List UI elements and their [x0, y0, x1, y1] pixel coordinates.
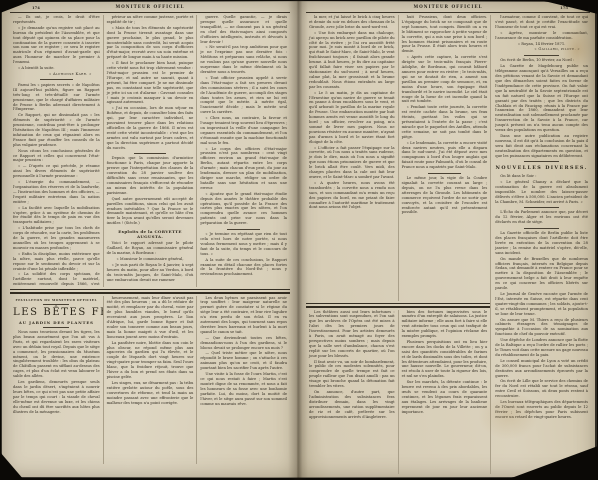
- paragraph: « J'ai eu occasion, lors de mon séjour e…: [107, 106, 194, 150]
- header-rule-right: [306, 12, 590, 13]
- paragraph: On lit dans le Soir :: [495, 174, 588, 179]
- paragraph: « Enfin la discipline, moins extérieure …: [13, 252, 100, 272]
- paragraph: « L'habitude prise par tous les chefs de…: [13, 226, 100, 251]
- page-number-left: 174: [32, 5, 40, 10]
- newspaper-page-left: 174 MONITEUR OFFICIEL — Ils ont, je croi…: [1, 1, 297, 478]
- paragraph: « Tout officier prussien appelé à servir…: [200, 76, 287, 115]
- paragraph: « Ne serait-il pas trop ambitieux pour q…: [200, 45, 287, 74]
- running-title-left: MONITEUR OFFICIEL: [116, 4, 185, 9]
- paragraph: « Chez nous, au contraire, la faveur et …: [200, 116, 287, 145]
- feuilleton-column-1: FEUILLETON DU MONITEUR OFFICIEL LES BÊTE…: [10, 296, 103, 464]
- paragraph: « Pendant toute cette journée, la corvet…: [402, 105, 488, 139]
- paragraph: « Ajoutez que le grand état-major étudie…: [200, 192, 287, 226]
- paragraph: « La facilité avec laquelle la mobilisat…: [13, 206, 100, 226]
- paragraph: Le conseil municipal de Lyon a voté un c…: [495, 359, 588, 379]
- scanned-newspaper-spread: 174 MONITEUR OFFICIEL — Ils ont, je croi…: [0, 0, 598, 480]
- signature: « Alphonse Karr. »: [13, 72, 92, 77]
- paragraph: A la suite de ces conclusions, le Rappor…: [200, 258, 287, 278]
- feuilleton-section: FEUILLETON DU MONITEUR OFFICIEL LES BÊTE…: [10, 296, 290, 464]
- left-page-articles: — Ils ont, je crois, le droit d'être rep…: [10, 15, 290, 287]
- paragraph: Les deux hyènes ne paraissent pas avoir …: [200, 296, 287, 335]
- paragraph: On mande de Bruxelles que de nombreux of…: [495, 257, 588, 291]
- paragraph: périeur au nôtre comme justesse, portée …: [107, 15, 194, 25]
- paragraph: « Après cette capture, la corvette s'est…: [402, 55, 488, 104]
- paragraph: Depuis que la commission d'armistice fon…: [107, 156, 194, 195]
- paragraph: — Que deviendront toutes ces bêtes, dema…: [200, 336, 287, 351]
- paragraph: Les singes, eux, ne désarment pas : la t…: [107, 381, 194, 406]
- paragraph: « Je suis parti de Royan le 4 janvier, à…: [107, 263, 194, 283]
- left-column-3: guerre. Quelle garantie, — je dirais pre…: [196, 15, 290, 287]
- paragraph: « Royan, 14 février 1871.: [495, 42, 588, 47]
- paragraph: « L'officier a fait passer l'équipage su…: [309, 146, 395, 180]
- paragraph: Une dépêche de Londres annonce que la fl…: [495, 338, 588, 358]
- paragraph: « Le général Chanzy a déclaré que la con…: [495, 180, 588, 205]
- paragraph: On assure que M. Thiers a reçu de plusie…: [495, 318, 588, 338]
- paragraph: — Quel triste métier que le nôtre, nous …: [200, 351, 287, 371]
- paragraph: Nous nous trouvions devant les tigres, l…: [13, 330, 100, 379]
- paragraph: « — D'après ce qui précède, je résume ai…: [13, 164, 100, 179]
- feuilleton-column-3: Les deux hyènes ne paraissent pas avoir …: [196, 296, 290, 464]
- separator-rule: [524, 207, 559, 208]
- right-top-section: la mer, et j'ai laissé le brick à cinq h…: [306, 15, 490, 301]
- right-section-rule: [306, 303, 490, 308]
- paragraph: Plusieurs perquisitions ont eu lieu hier…: [402, 340, 488, 379]
- feuilleton-rubric: FEUILLETON DU MONITEUR OFFICIEL: [13, 298, 100, 302]
- right-page-content: MONITEUR OFFICIEL 175 la mer, et j'ai la…: [306, 4, 590, 474]
- article-heading: Exploits de la CORVETTE AUGUSTA.: [107, 229, 194, 239]
- paragraph: Parmi les « papiers secrets » de Napoléo…: [13, 83, 100, 112]
- paragraph: Le même jour, la vigie de la Coubre sign…: [402, 176, 488, 215]
- paragraph: On annonce, d'autre part, que l'administ…: [309, 390, 395, 419]
- left-page-header: 174 MONITEUR OFFICIEL: [10, 4, 290, 11]
- separator-rule: [227, 229, 260, 230]
- paragraph: « Je termine en répétant que rien de tou…: [200, 232, 287, 257]
- paragraph: Quel autre gouvernement eût accepté de p…: [107, 197, 194, 226]
- right-bottom-column-2: bien des fortunes improvisées sous le nu…: [398, 310, 491, 475]
- paragraph: — Ils ont, je crois, le droit d'être rep…: [13, 15, 100, 25]
- paragraph: « Je demande qu'un registre soit placé a…: [13, 26, 100, 65]
- paragraph: Il faut avoir vu, un soir de bombardemen…: [309, 360, 395, 389]
- right-column-1: la mer, et j'ai laissé le brick à cinq h…: [306, 15, 398, 301]
- left-page-content: 174 MONITEUR OFFICIEL — Ils ont, je croi…: [10, 4, 290, 474]
- paragraph: « Le 5 au matin, je dis au capitaine de …: [309, 91, 395, 145]
- paragraph: « Agréez, monsieur le commandant, l'assu…: [495, 31, 588, 41]
- paragraph: « A bientôt la suite.: [13, 66, 100, 71]
- right-column-3: l'armateur, comme il convient, de tout c…: [490, 15, 590, 474]
- paragraph: L'Écho du Parlement annonce que, par déc…: [495, 210, 588, 225]
- feuilleton-title-rule: [43, 327, 69, 328]
- paragraph: « L'énergie du commandement, — l'organis…: [13, 180, 100, 205]
- paragraph: « Il faut le proclamer bien haut, puisqu…: [107, 61, 194, 105]
- feuilleton-column-2: heureusement, mais leur dîner n'avait pa…: [103, 296, 197, 464]
- paragraph: Le Journal de Genève raconte que l'armée…: [495, 292, 588, 317]
- paragraph: On écrit de Lille que le service des che…: [495, 379, 588, 399]
- newspaper-page-right: MONITEUR OFFICIEL 175 la mer, et j'ai la…: [297, 1, 597, 478]
- feuilleton-text-1: Nous nous trouvions devant les tigres, l…: [13, 330, 100, 414]
- right-column-2: huit Prussiens, dont deux officiers. L'é…: [398, 15, 491, 301]
- paragraph: Nous citons les conclusions générales de…: [13, 149, 100, 164]
- separator-rule: [40, 79, 73, 80]
- header-rule-left: [10, 12, 290, 13]
- right-main-area: la mer, et j'ai laissé le brick à cinq h…: [306, 15, 490, 474]
- paragraph: On écrit de Berlin, 10 février, au Nord …: [495, 58, 588, 63]
- running-title-right: MONITEUR OFFICIEL: [414, 4, 483, 9]
- paragraph: « Une fois embarqué dans ma chaloupe, j'…: [309, 31, 395, 90]
- paragraph: Voici le rapport adressé par le pilote G…: [107, 241, 194, 256]
- signature: « Gaillard, pilote. »: [495, 47, 580, 52]
- feuilleton-title: LES BÊTES FÉROCES: [13, 307, 100, 318]
- feuilleton-rule: [10, 289, 290, 294]
- paragraph: Sur les marchés, la détente continue : l…: [402, 380, 488, 414]
- paragraph: « Le lendemain, la corvette a encore vis…: [402, 141, 488, 170]
- paragraph: « Mais de tous les éléments de supériori…: [107, 26, 194, 60]
- paragraph: Une visite à la fosse de l'ours Martin, …: [200, 372, 287, 406]
- paragraph: Les gardiens, demeurés presque seuls dan…: [13, 380, 100, 414]
- paragraph: « La solidité des corps spéciaux, de l'a…: [13, 272, 100, 287]
- paragraph: « Monsieur le commissaire général,: [107, 257, 194, 262]
- feuilleton-subtitle: AU JARDIN DES PLANTES: [13, 320, 100, 325]
- left-column-2: périeur au nôtre comme justesse, portée …: [103, 15, 197, 287]
- separator-rule: [524, 228, 559, 229]
- separator-rule: [428, 173, 461, 174]
- paragraph: La Gazette officielle de Berlin publie l…: [495, 231, 588, 256]
- paragraph: guerre. Quelle garantie, — je dirais pre…: [200, 15, 287, 44]
- paragraph: Ce Rapport, qui ne dissimulait pas « les…: [13, 113, 100, 147]
- paragraph: bien des fortunes improvisées sous le nu…: [402, 310, 488, 339]
- paragraph: « Le corps des officiers d'état-major pr…: [200, 147, 287, 191]
- paragraph: Dans une autre publication au registre n…: [495, 134, 588, 159]
- left-column-1: — Ils ont, je crois, le droit d'être rep…: [10, 15, 103, 287]
- right-bottom-section: Les théâtres aussi ont leurs infortunes …: [306, 310, 490, 475]
- paragraph: La Gazette de Magdebourg publie un télég…: [495, 64, 588, 133]
- paragraph: huit Prussiens, dont deux officiers. L'é…: [402, 15, 488, 54]
- separator-rule: [524, 55, 559, 56]
- right-page-header: MONITEUR OFFICIEL 175: [306, 4, 590, 11]
- separator-rule: [134, 153, 167, 154]
- right-page-articles: la mer, et j'ai laissé le brick à cinq h…: [306, 15, 590, 474]
- right-bottom-column-1: Les théâtres aussi ont leurs infortunes …: [306, 310, 398, 475]
- paragraph: heureusement, mais leur dîner n'avait pa…: [107, 296, 194, 340]
- paragraph: l'armateur, comme il convient, de tout c…: [495, 15, 588, 30]
- paragraph: « A quatre heures, nous avons été transb…: [309, 181, 395, 210]
- paragraph: La panthère noire, blottie dans son coin…: [107, 341, 194, 380]
- article-heading: NOUVELLES DIVERSES.: [495, 165, 588, 171]
- separator-rule: [524, 161, 559, 162]
- paragraph: Les bureaux télégraphiques des départeme…: [495, 400, 588, 420]
- paragraph: Les théâtres aussi ont leurs infortunes …: [309, 310, 395, 359]
- paragraph: la mer, et j'ai laissé le brick à cinq h…: [309, 15, 395, 30]
- feuilleton-rubric-rule: [43, 304, 69, 305]
